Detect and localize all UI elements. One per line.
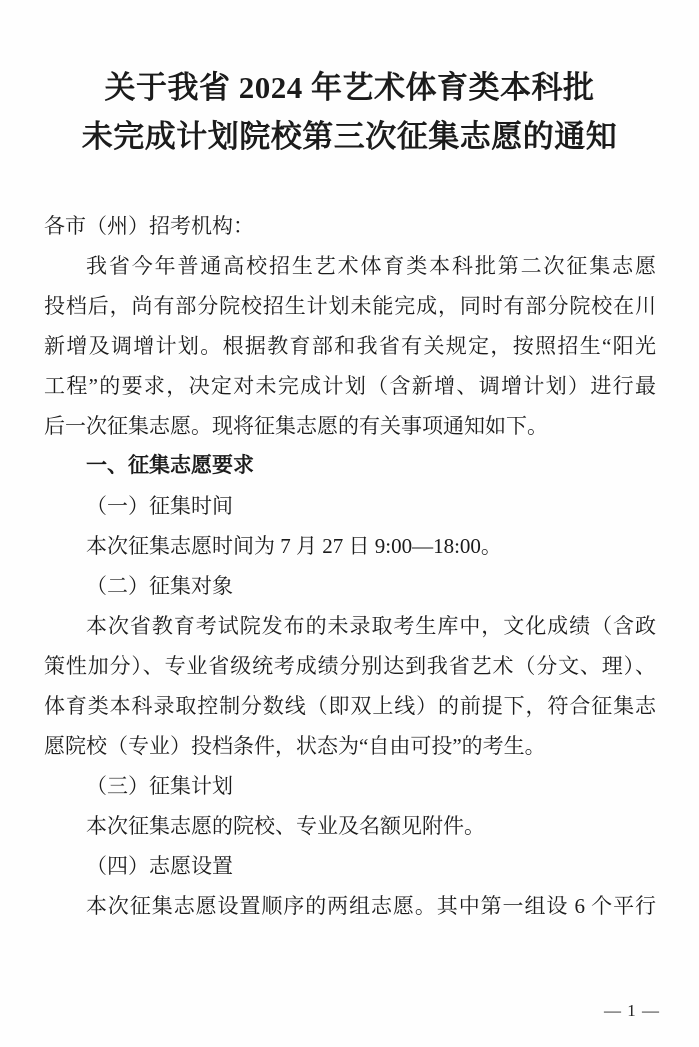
section-1-heading: 一、征集志愿要求 xyxy=(44,446,656,486)
subsection-1-4-paragraph-line: 本次征集志愿设置顺序的两组志愿。其中第一组设 6 个平行 xyxy=(44,886,656,926)
intro-paragraph-line: 后一次征集志愿。现将征集志愿的有关事项通知如下。 xyxy=(44,406,656,446)
subsection-1-3-paragraph-line: 本次征集志愿的院校、专业及名额见附件。 xyxy=(44,806,656,846)
page-number: — 1 — xyxy=(604,1000,660,1022)
subsection-1-2-paragraph-line: 本次省教育考试院发布的未录取考生库中，文化成绩（含政 xyxy=(44,606,656,646)
document-title: 关于我省 2024 年艺术体育类本科批 未完成计划院校第三次征集志愿的通知 xyxy=(0,63,699,161)
subsection-1-2-heading: （二）征集对象 xyxy=(44,566,656,606)
subsection-1-1-heading: （一）征集时间 xyxy=(44,486,656,526)
intro-paragraph-line: 新增及调增计划。根据教育部和我省有关规定，按照招生“阳光 xyxy=(44,326,656,366)
notice-document-page: 关于我省 2024 年艺术体育类本科批 未完成计划院校第三次征集志愿的通知 各市… xyxy=(0,0,699,1047)
subsection-1-3-heading: （三）征集计划 xyxy=(44,766,656,806)
subsection-1-2-paragraph-line: 体育类本科录取控制分数线（即双上线）的前提下，符合征集志 xyxy=(44,686,656,726)
subsection-1-4-heading: （四）志愿设置 xyxy=(44,846,656,886)
subsection-1-2-paragraph-line: 愿院校（专业）投档条件，状态为“自由可投”的考生。 xyxy=(44,726,656,766)
intro-paragraph-line: 我省今年普通高校招生艺术体育类本科批第二次征集志愿 xyxy=(44,246,656,286)
title-line-1: 关于我省 2024 年艺术体育类本科批 xyxy=(0,63,699,112)
subsection-1-2-paragraph-line: 策性加分）、专业省级统考成绩分别达到我省艺术（分文、理）、 xyxy=(44,646,656,686)
intro-paragraph-line: 工程”的要求，决定对未完成计划（含新增、调增计划）进行最 xyxy=(44,366,656,406)
salutation: 各市（州）招考机构： xyxy=(44,206,656,246)
subsection-1-1-paragraph-line: 本次征集志愿时间为 7 月 27 日 9:00—18:00。 xyxy=(44,526,656,566)
document-body: 各市（州）招考机构： 我省今年普通高校招生艺术体育类本科批第二次征集志愿 投档后… xyxy=(44,206,656,926)
title-line-2: 未完成计划院校第三次征集志愿的通知 xyxy=(0,112,699,161)
intro-paragraph-line: 投档后，尚有部分院校招生计划未能完成，同时有部分院校在川 xyxy=(44,286,656,326)
